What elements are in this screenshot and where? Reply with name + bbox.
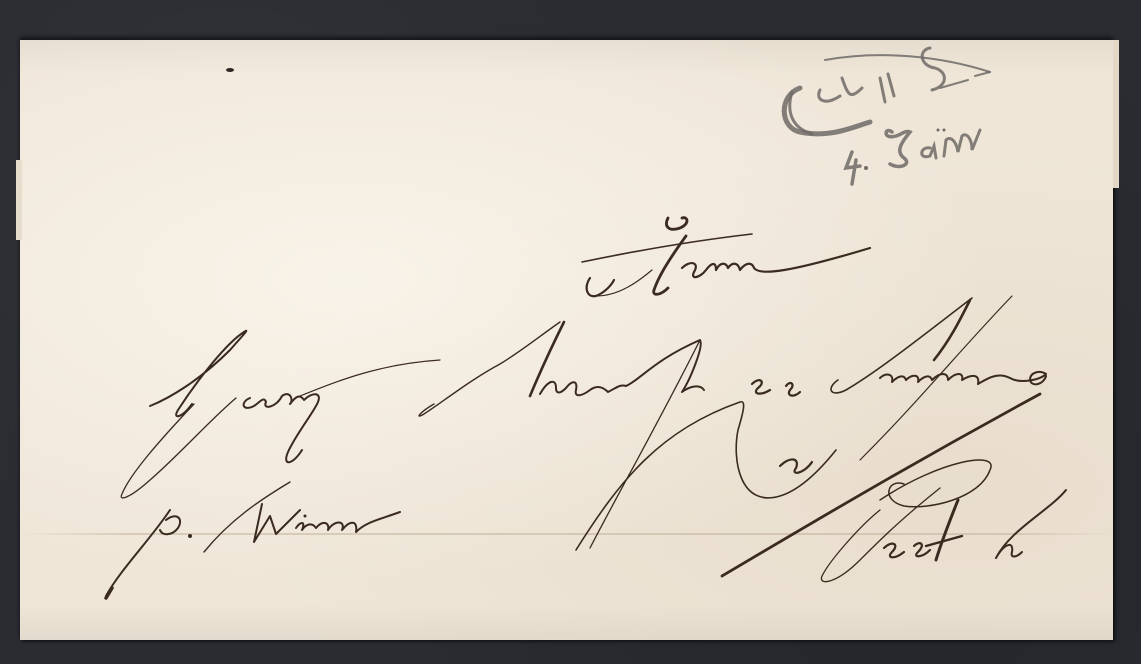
handwriting-georg	[121, 331, 440, 498]
handwriting-es	[752, 380, 800, 395]
handwriting-pesth	[821, 460, 1066, 582]
postmark-gunsicon	[784, 48, 990, 134]
handwriting-nro-flourish	[576, 394, 1040, 576]
handwriting-spanino	[831, 296, 1046, 460]
postmark-date	[846, 129, 980, 185]
handwriting-layer	[0, 0, 1141, 664]
ink-dot	[226, 68, 234, 72]
handwriting-herrn	[582, 218, 870, 297]
handwriting-anastasio	[419, 322, 704, 548]
handwriting-p-wien	[106, 482, 400, 598]
